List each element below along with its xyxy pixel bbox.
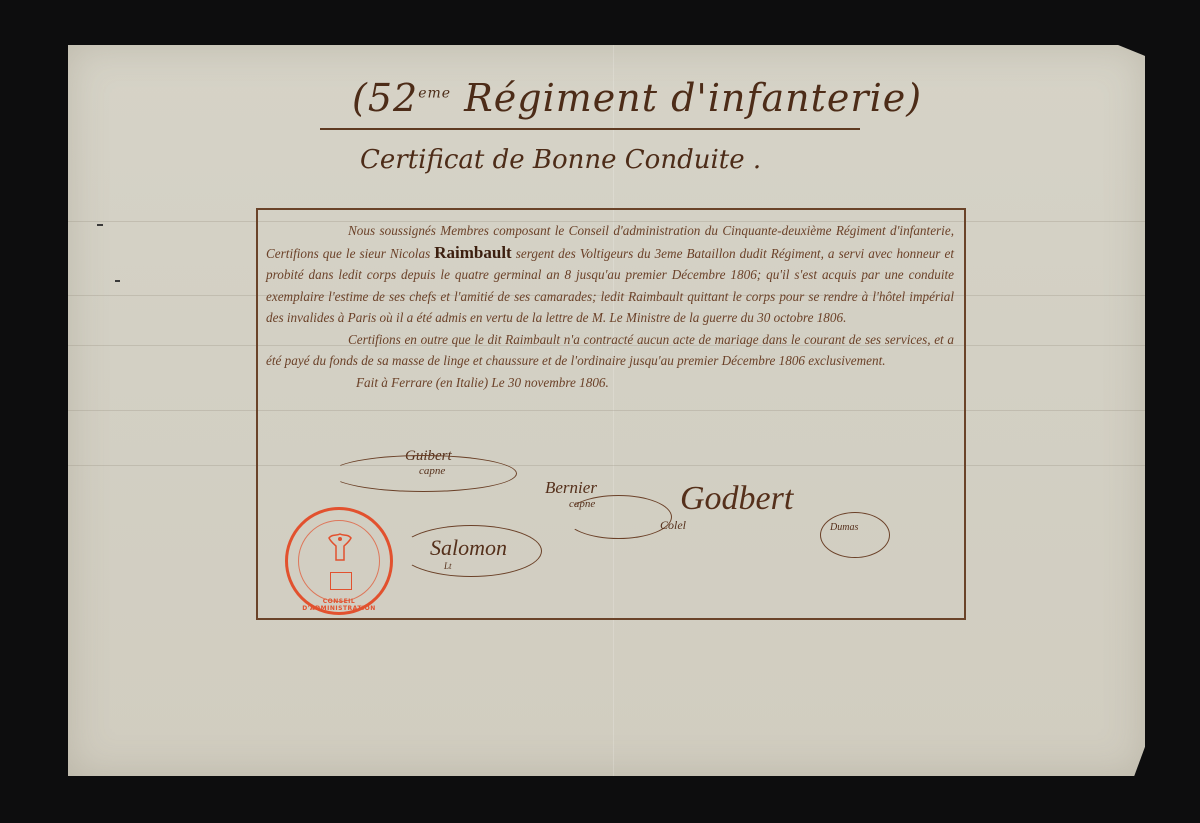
regiment-title: Régiment d'infanterie	[464, 76, 906, 120]
page-title: (52eme Régiment d'infanterie)	[352, 76, 922, 120]
flourish	[565, 495, 672, 539]
seal-text: CONSEIL D'ADMINISTRATION	[288, 598, 390, 612]
signature-godbert: Godbert Colel	[680, 480, 793, 533]
paragraph-1: Nous soussignés Membres composant le Con…	[266, 220, 954, 329]
certificate-text: Nous soussignés Membres composant le Con…	[266, 220, 954, 393]
place-date: Fait à Ferrare (en Italie) Le 30 novembr…	[356, 372, 954, 394]
ink-mark	[97, 224, 103, 226]
flourish	[330, 455, 517, 492]
shield-icon	[330, 572, 352, 590]
eagle-icon	[326, 530, 354, 570]
title-underline	[320, 128, 860, 130]
paragraph-2: Certifions en outre que le dit Raimbault…	[266, 329, 954, 372]
ink-mark	[115, 280, 120, 282]
certificate-subtitle: Certificat de Bonne Conduite .	[360, 145, 761, 175]
red-administration-seal: CONSEIL D'ADMINISTRATION	[285, 507, 393, 615]
flourish	[820, 512, 890, 558]
regiment-suffix: eme	[418, 85, 451, 101]
regiment-number: 52	[368, 76, 418, 120]
soldier-name: Raimbault	[434, 243, 511, 262]
flourish	[400, 525, 542, 577]
